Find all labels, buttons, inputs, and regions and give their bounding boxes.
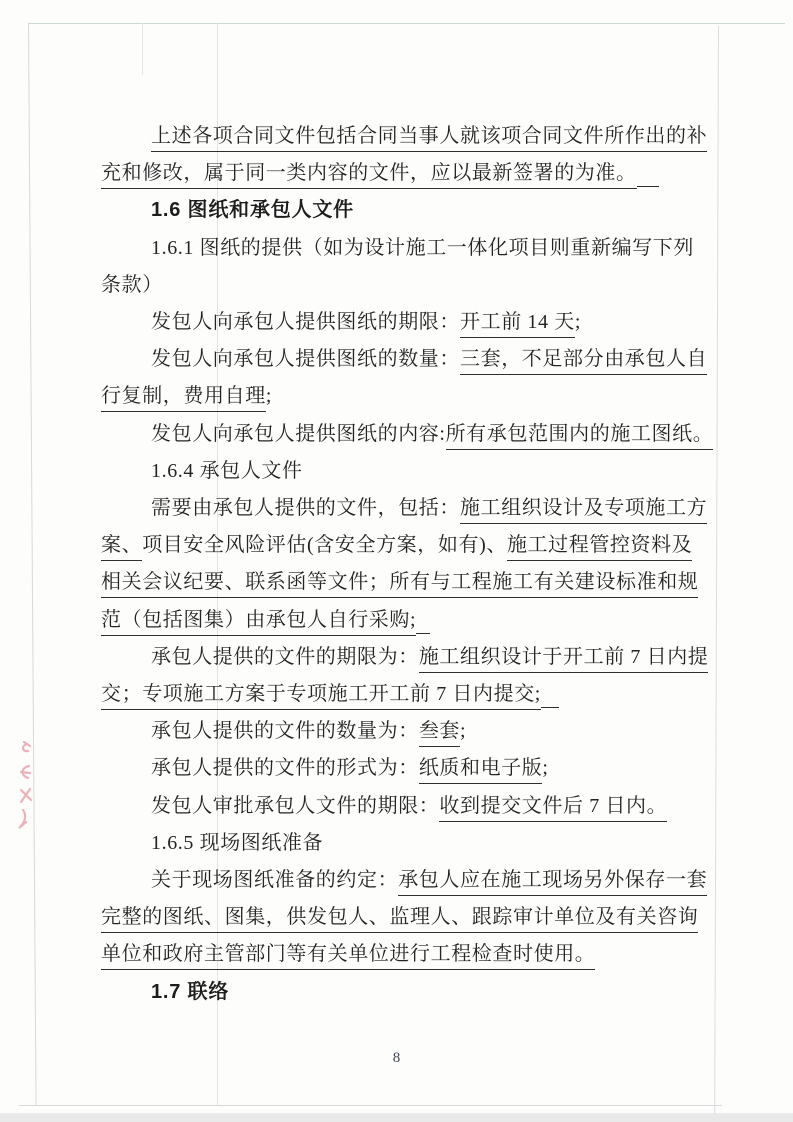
- text-line: 承包人提供的文件的数量为：叁套;: [101, 713, 791, 750]
- text-segment: 叁套: [419, 720, 460, 747]
- text-segment: 1.6 图纸和承包人文件: [151, 199, 354, 221]
- text-segment: 纸质和电子版: [419, 757, 543, 784]
- text-segment: 发包人审批承包人文件的期限：: [151, 795, 439, 817]
- text-segment: 三套，不足部分由承包人自: [460, 348, 707, 375]
- text-line: 需要由承包人提供的文件，包括：施工组织设计及专项施工方: [101, 490, 791, 527]
- text-line: 发包人向承包人提供图纸的内容:所有承包范围内的施工图纸。: [101, 416, 791, 453]
- text-line: 1.6.4 承包人文件: [101, 453, 791, 490]
- text-line: 完整的图纸、图集，供发包人、监理人、跟踪审计单位及有关咨询: [101, 899, 741, 936]
- text-segment: 发包人向承包人提供图纸的数量：: [151, 348, 460, 370]
- text-segment: 所有承包范围内的施工图纸。: [446, 423, 714, 450]
- text-line: 相关会议纪要、联系函等文件；所有与工程施工有关建设标准和规: [101, 564, 741, 601]
- text-line: 范（包括图集）由承包人自行采购;: [101, 602, 741, 639]
- text-line: 交；专项施工方案于专项施工开工前 7 日内提交;: [101, 676, 741, 713]
- text-line: 单位和政府主管部门等有关单位进行工程检查时使用。: [101, 936, 741, 973]
- text-segment: 行复制，费用自理: [101, 385, 266, 412]
- text-segment: ;: [542, 757, 548, 779]
- text-segment: 案、: [101, 534, 142, 561]
- text-segment: 1.6.5 现场图纸准备: [151, 832, 323, 854]
- text-line: 1.7 联络: [101, 974, 791, 1011]
- text-segment: 发包人向承包人提供图纸的期限：: [151, 311, 460, 333]
- text-segment: 相关会议纪要、联系函等文件；所有与工程施工有关建设标准和规: [101, 571, 698, 598]
- text-line: 充和修改，属于同一类内容的文件，应以最新签署的为准。: [101, 155, 741, 192]
- text-segment: 1.6.4 承包人文件: [151, 460, 303, 482]
- text-segment: 开工前 14 天: [460, 311, 575, 338]
- text-line: 条款）: [101, 267, 741, 304]
- text-line: 案、项目安全风险评估(含安全方案，如有)、施工过程管控资料及: [101, 527, 741, 564]
- text-line: 承包人提供的文件的形式为：纸质和电子版;: [101, 750, 791, 787]
- underline-tail: [541, 707, 559, 708]
- text-line: 行复制，费用自理;: [101, 378, 741, 415]
- text-segment: 发包人向承包人提供图纸的内容:: [151, 423, 446, 445]
- text-segment: 完整的图纸、图集，供发包人、监理人、跟踪审计单位及有关咨询: [101, 906, 698, 933]
- text-line: 关于现场图纸准备的约定：承包人应在施工现场另外保存一套: [101, 862, 791, 899]
- text-segment: 施工组织设计于开工前 7 日内提: [419, 646, 709, 673]
- text-segment: 需要由承包人提供的文件，包括：: [151, 497, 460, 519]
- text-segment: ;: [266, 385, 272, 407]
- text-segment: ;: [460, 720, 466, 742]
- text-segment: ;: [575, 311, 581, 333]
- text-segment: 交；专项施工方案于专项施工开工前 7 日内提交;: [101, 683, 541, 710]
- text-segment: 项目安全风险评估(含安全方案，如有)、: [142, 534, 507, 556]
- underline-tail: [416, 633, 430, 634]
- text-segment: 1.7 联络: [151, 981, 229, 1003]
- text-segment: 承包人应在施工现场另外保存一套: [398, 869, 707, 896]
- text-segment: 条款）: [101, 274, 163, 296]
- text-line: 发包人审批承包人文件的期限：收到提交文件后 7 日内。: [101, 788, 791, 825]
- text-segment: 单位和政府主管部门等有关单位进行工程检查时使用。: [101, 943, 595, 970]
- text-line: 发包人向承包人提供图纸的期限：开工前 14 天;: [101, 304, 791, 341]
- text-line: 承包人提供的文件的期限为：施工组织设计于开工前 7 日内提: [101, 639, 791, 676]
- text-segment: 上述各项合同文件包括合同当事人就该项合同文件所作出的补: [151, 125, 707, 152]
- text-segment: 承包人提供的文件的数量为：: [151, 720, 419, 742]
- page-number: 8: [0, 1050, 793, 1067]
- text-line: 上述各项合同文件包括合同当事人就该项合同文件所作出的补: [101, 118, 791, 155]
- text-segment: 施工过程管控资料及: [507, 534, 692, 561]
- underline-tail: [637, 186, 659, 187]
- text-segment: 施工组织设计及专项施工方: [460, 497, 707, 524]
- text-segment: 1.6.1 图纸的提供（如为设计施工一体化项目则重新编写下列: [151, 237, 694, 259]
- text-segment: 承包人提供的文件的形式为：: [151, 757, 419, 779]
- text-segment: 关于现场图纸准备的约定：: [151, 869, 398, 891]
- text-line: 发包人向承包人提供图纸的数量：三套，不足部分由承包人自: [101, 341, 791, 378]
- text-segment: 收到提交文件后 7 日内。: [439, 795, 667, 822]
- text-segment: 充和修改，属于同一类内容的文件，应以最新签署的为准。: [101, 162, 637, 189]
- text-segment: 承包人提供的文件的期限为：: [151, 646, 419, 668]
- document-body: 上述各项合同文件包括合同当事人就该项合同文件所作出的补充和修改，属于同一类内容的…: [0, 0, 793, 1122]
- scanned-page: { "page": { "number": "8" }, "colors": {…: [0, 0, 793, 1122]
- text-segment: 范（包括图集）由承包人自行采购;: [101, 609, 416, 636]
- text-line: 1.6 图纸和承包人文件: [101, 192, 791, 229]
- text-line: 1.6.5 现场图纸准备: [101, 825, 791, 862]
- text-line: 1.6.1 图纸的提供（如为设计施工一体化项目则重新编写下列: [101, 230, 791, 267]
